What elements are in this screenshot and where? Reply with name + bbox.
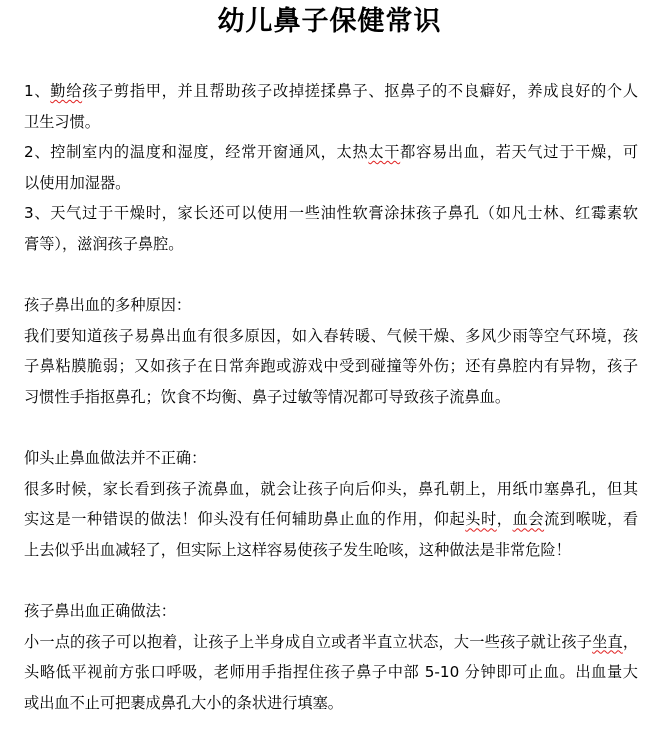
- correct-method-section: 孩子鼻出血正确做法： 小一点的孩子可以抱着，让孩子上半身成自立或者半直立状态，大…: [24, 596, 644, 718]
- paragraph-line: 实这是一种错误的做法！仰头没有任何辅助鼻止血的作用，仰起头时，血会流到喉咙，看: [24, 504, 638, 535]
- wrong-method-section: 仰头止鼻血做法并不正确： 很多时候，家长看到孩子流鼻血，就会让孩子向后仰头，鼻孔…: [24, 443, 644, 565]
- text-run: 都容易出血，若天气过于干燥，可: [400, 143, 638, 161]
- text-run: 2、控制室内的温度和湿度，经常开窗通风，太热: [24, 143, 368, 161]
- spellcheck-flagged-word[interactable]: 头时: [465, 510, 497, 528]
- text-run: ，: [623, 633, 638, 651]
- document-body: 1、勤给孩子剪指甲，并且帮助孩子改掉搓揉鼻子、抠鼻子的不良癖好，养成良好的个人 …: [24, 76, 644, 718]
- spellcheck-flagged-word[interactable]: 坐直: [592, 633, 623, 651]
- paragraph-line: 很多时候，家长看到孩子流鼻血，就会让孩子向后仰头，鼻孔朝上，用纸巾塞鼻孔，但其: [24, 474, 638, 505]
- blank-line: [24, 566, 644, 597]
- section-heading: 孩子鼻出血正确做法：: [24, 596, 644, 627]
- tip-1-line-2: 卫生习惯。: [24, 107, 644, 138]
- tips-section: 1、勤给孩子剪指甲，并且帮助孩子改掉搓揉鼻子、抠鼻子的不良癖好，养成良好的个人 …: [24, 76, 644, 260]
- paragraph-line: 我们要知道孩子易鼻出血有很多原因，如入春转暖、气候干燥、多风少雨等空气环境，孩: [24, 321, 638, 352]
- spellcheck-flagged-word[interactable]: 太干: [368, 143, 400, 161]
- paragraph-line: 子鼻粘膜脆弱；又如孩子在日常奔跑或游戏中受到碰撞等外伤；还有鼻腔内有异物，孩子: [24, 351, 638, 382]
- tip-3-line-1: 3、天气过于干燥时，家长还可以使用一些油性软膏涂抹孩子鼻孔（如凡士林、红霉素软: [24, 198, 638, 229]
- causes-section: 孩子鼻出血的多种原因： 我们要知道孩子易鼻出血有很多原因，如入春转暖、气候干燥、…: [24, 290, 644, 412]
- text-run: 实这是一种错误的做法！仰头没有任何辅助鼻止血的作用，仰起: [24, 510, 465, 528]
- tip-2-line-1: 2、控制室内的温度和湿度，经常开窗通风，太热太干都容易出血，若天气过于干燥，可: [24, 137, 638, 168]
- spellcheck-flagged-word[interactable]: 血会: [513, 510, 545, 528]
- text-run: 1、: [24, 82, 50, 100]
- document-page: 幼儿鼻子保健常识 1、勤给孩子剪指甲，并且帮助孩子改掉搓揉鼻子、抠鼻子的不良癖好…: [0, 0, 659, 731]
- text-run: 孩子剪指甲，并且帮助孩子改掉搓揉鼻子、抠鼻子的不良癖好，养成良好的个人: [82, 82, 638, 100]
- spellcheck-flagged-word[interactable]: 勤给: [50, 82, 82, 100]
- text-run: ，: [497, 510, 513, 528]
- paragraph-line: 小一点的孩子可以抱着，让孩子上半身成自立或者半直立状态，大一些孩子就让孩子坐直，: [24, 627, 638, 658]
- paragraph-line: 上去似乎出血减轻了，但实际上这样容易使孩子发生呛咳，这种做法是非常危险！: [24, 535, 644, 566]
- paragraph-line: 习惯性手指抠鼻孔；饮食不均衡、鼻子过敏等情况都可导致孩子流鼻血。: [24, 382, 644, 413]
- section-heading: 仰头止鼻血做法并不正确：: [24, 443, 644, 474]
- text-run: 小一点的孩子可以抱着，让孩子上半身成自立或者半直立状态，大一些孩子就让孩子: [24, 633, 592, 651]
- text-run: 流到喉咙，看: [544, 510, 638, 528]
- tip-2-line-2: 以使用加湿器。: [24, 168, 644, 199]
- section-heading: 孩子鼻出血的多种原因：: [24, 290, 644, 321]
- paragraph-line: 头略低平视前方张口呼吸，老师用手指捏住孩子鼻子中部 5-10 分钟即可止血。出血…: [24, 657, 638, 688]
- blank-line: [24, 260, 644, 291]
- tip-1-line-1: 1、勤给孩子剪指甲，并且帮助孩子改掉搓揉鼻子、抠鼻子的不良癖好，养成良好的个人: [24, 76, 638, 107]
- document-title: 幼儿鼻子保健常识: [0, 4, 659, 40]
- paragraph-line: 或出血不止可把裹成鼻孔大小的条状进行填塞。: [24, 688, 644, 719]
- tip-3-line-2: 膏等），滋润孩子鼻腔。: [24, 229, 644, 260]
- blank-line: [24, 413, 644, 444]
